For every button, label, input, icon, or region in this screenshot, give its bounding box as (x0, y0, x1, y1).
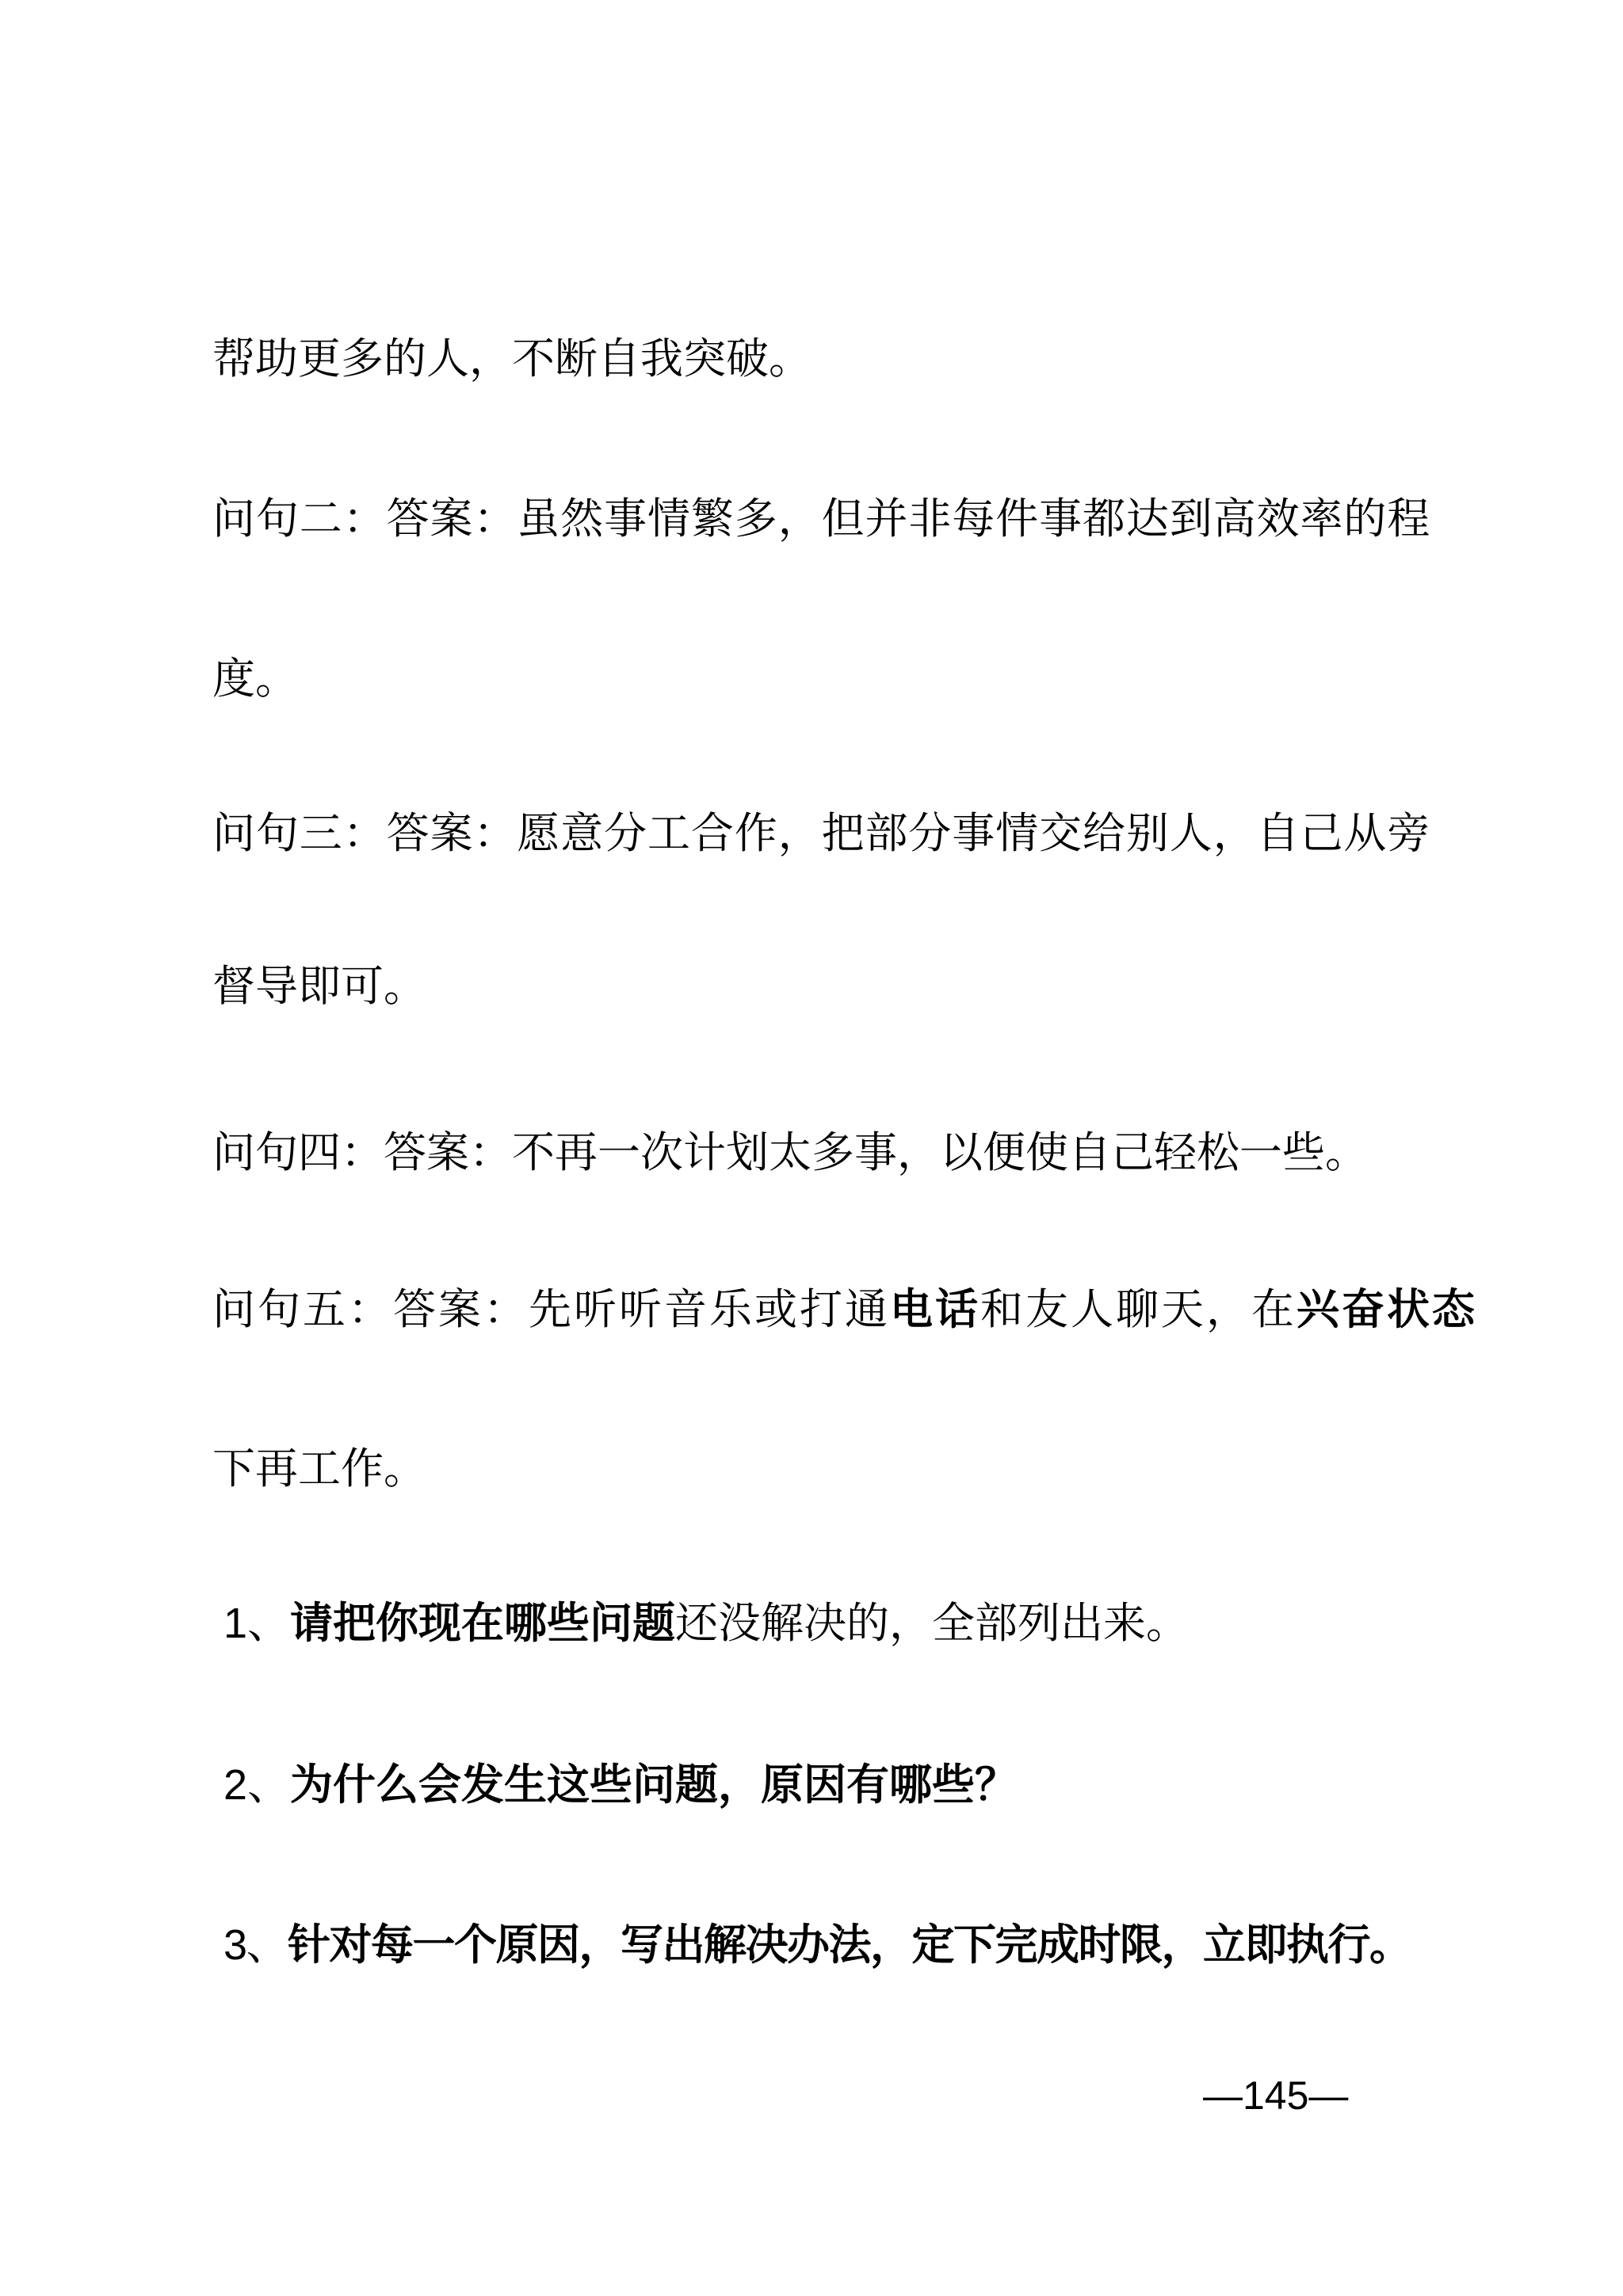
list-number: 1、 (223, 1600, 290, 1647)
text-segment: 和友人聊天，在 (980, 1286, 1296, 1333)
text-segment: 电话 (890, 1286, 980, 1333)
text-segment: 帮助更多的人，不断自我突破。 (212, 335, 811, 383)
text-segment: 还没解决的，全部列出来。 (675, 1600, 1189, 1647)
text-segment: 下再工作。 (212, 1445, 426, 1493)
text-segment: 度。 (212, 655, 298, 703)
text-line: 问句二：答案：虽然事情繁多，但并非每件事都达到高效率的程 (212, 494, 1430, 545)
text-segment: 针对每一个原因，写出解决办法，定下完成时限，立即执行。 (288, 1921, 1411, 1969)
document-page: 帮助更多的人，不断自我突破。 问句二：答案：虽然事情繁多，但并非每件事都达到高效… (0, 0, 1623, 2296)
text-segment: 问句二：答案：虽然事情繁多，但并非每件事都达到高效率的程 (212, 495, 1430, 543)
text-line: 下再工作。 (212, 1444, 426, 1495)
page-number: —145— (1203, 2076, 1348, 2115)
text-segment: 兴奋状态 (1296, 1286, 1477, 1333)
list-number: 3、 (223, 1921, 288, 1969)
text-line: 问句五：答案：先听听音乐或打通电话和友人聊天，在兴奋状态 (212, 1285, 1477, 1336)
list-number: 2、 (223, 1761, 290, 1809)
text-line: 帮助更多的人，不断自我突破。 (212, 334, 811, 385)
text-line: 度。 (212, 654, 298, 705)
text-segment: 为什么会发生这些问题，原因有哪些？ (290, 1761, 1018, 1809)
text-segment: 问句四：答案：不再一次计划太多事，以便使自己轻松一些。 (212, 1129, 1368, 1177)
text-segment: 请把你现在哪些问题 (290, 1600, 675, 1647)
text-segment: 问句三：答案：愿意分工合作，把部分事情交给别人，自己从旁 (212, 810, 1430, 857)
text-line: 问句三：答案：愿意分工合作，把部分事情交给别人，自己从旁 (212, 809, 1430, 860)
text-line: 3、针对每一个原因，写出解决办法，定下完成时限，立即执行。 (223, 1920, 1411, 1971)
text-segment: 问句五：答案：先听听音乐或打通 (212, 1286, 890, 1333)
text-segment: 督导即可。 (212, 963, 426, 1010)
text-line: 问句四：答案：不再一次计划太多事，以便使自己轻松一些。 (212, 1128, 1368, 1179)
text-line: 督导即可。 (212, 962, 426, 1013)
text-line: 1、请把你现在哪些问题还没解决的，全部列出来。 (223, 1599, 1189, 1650)
text-line: 2、为什么会发生这些问题，原因有哪些？ (223, 1760, 1018, 1811)
